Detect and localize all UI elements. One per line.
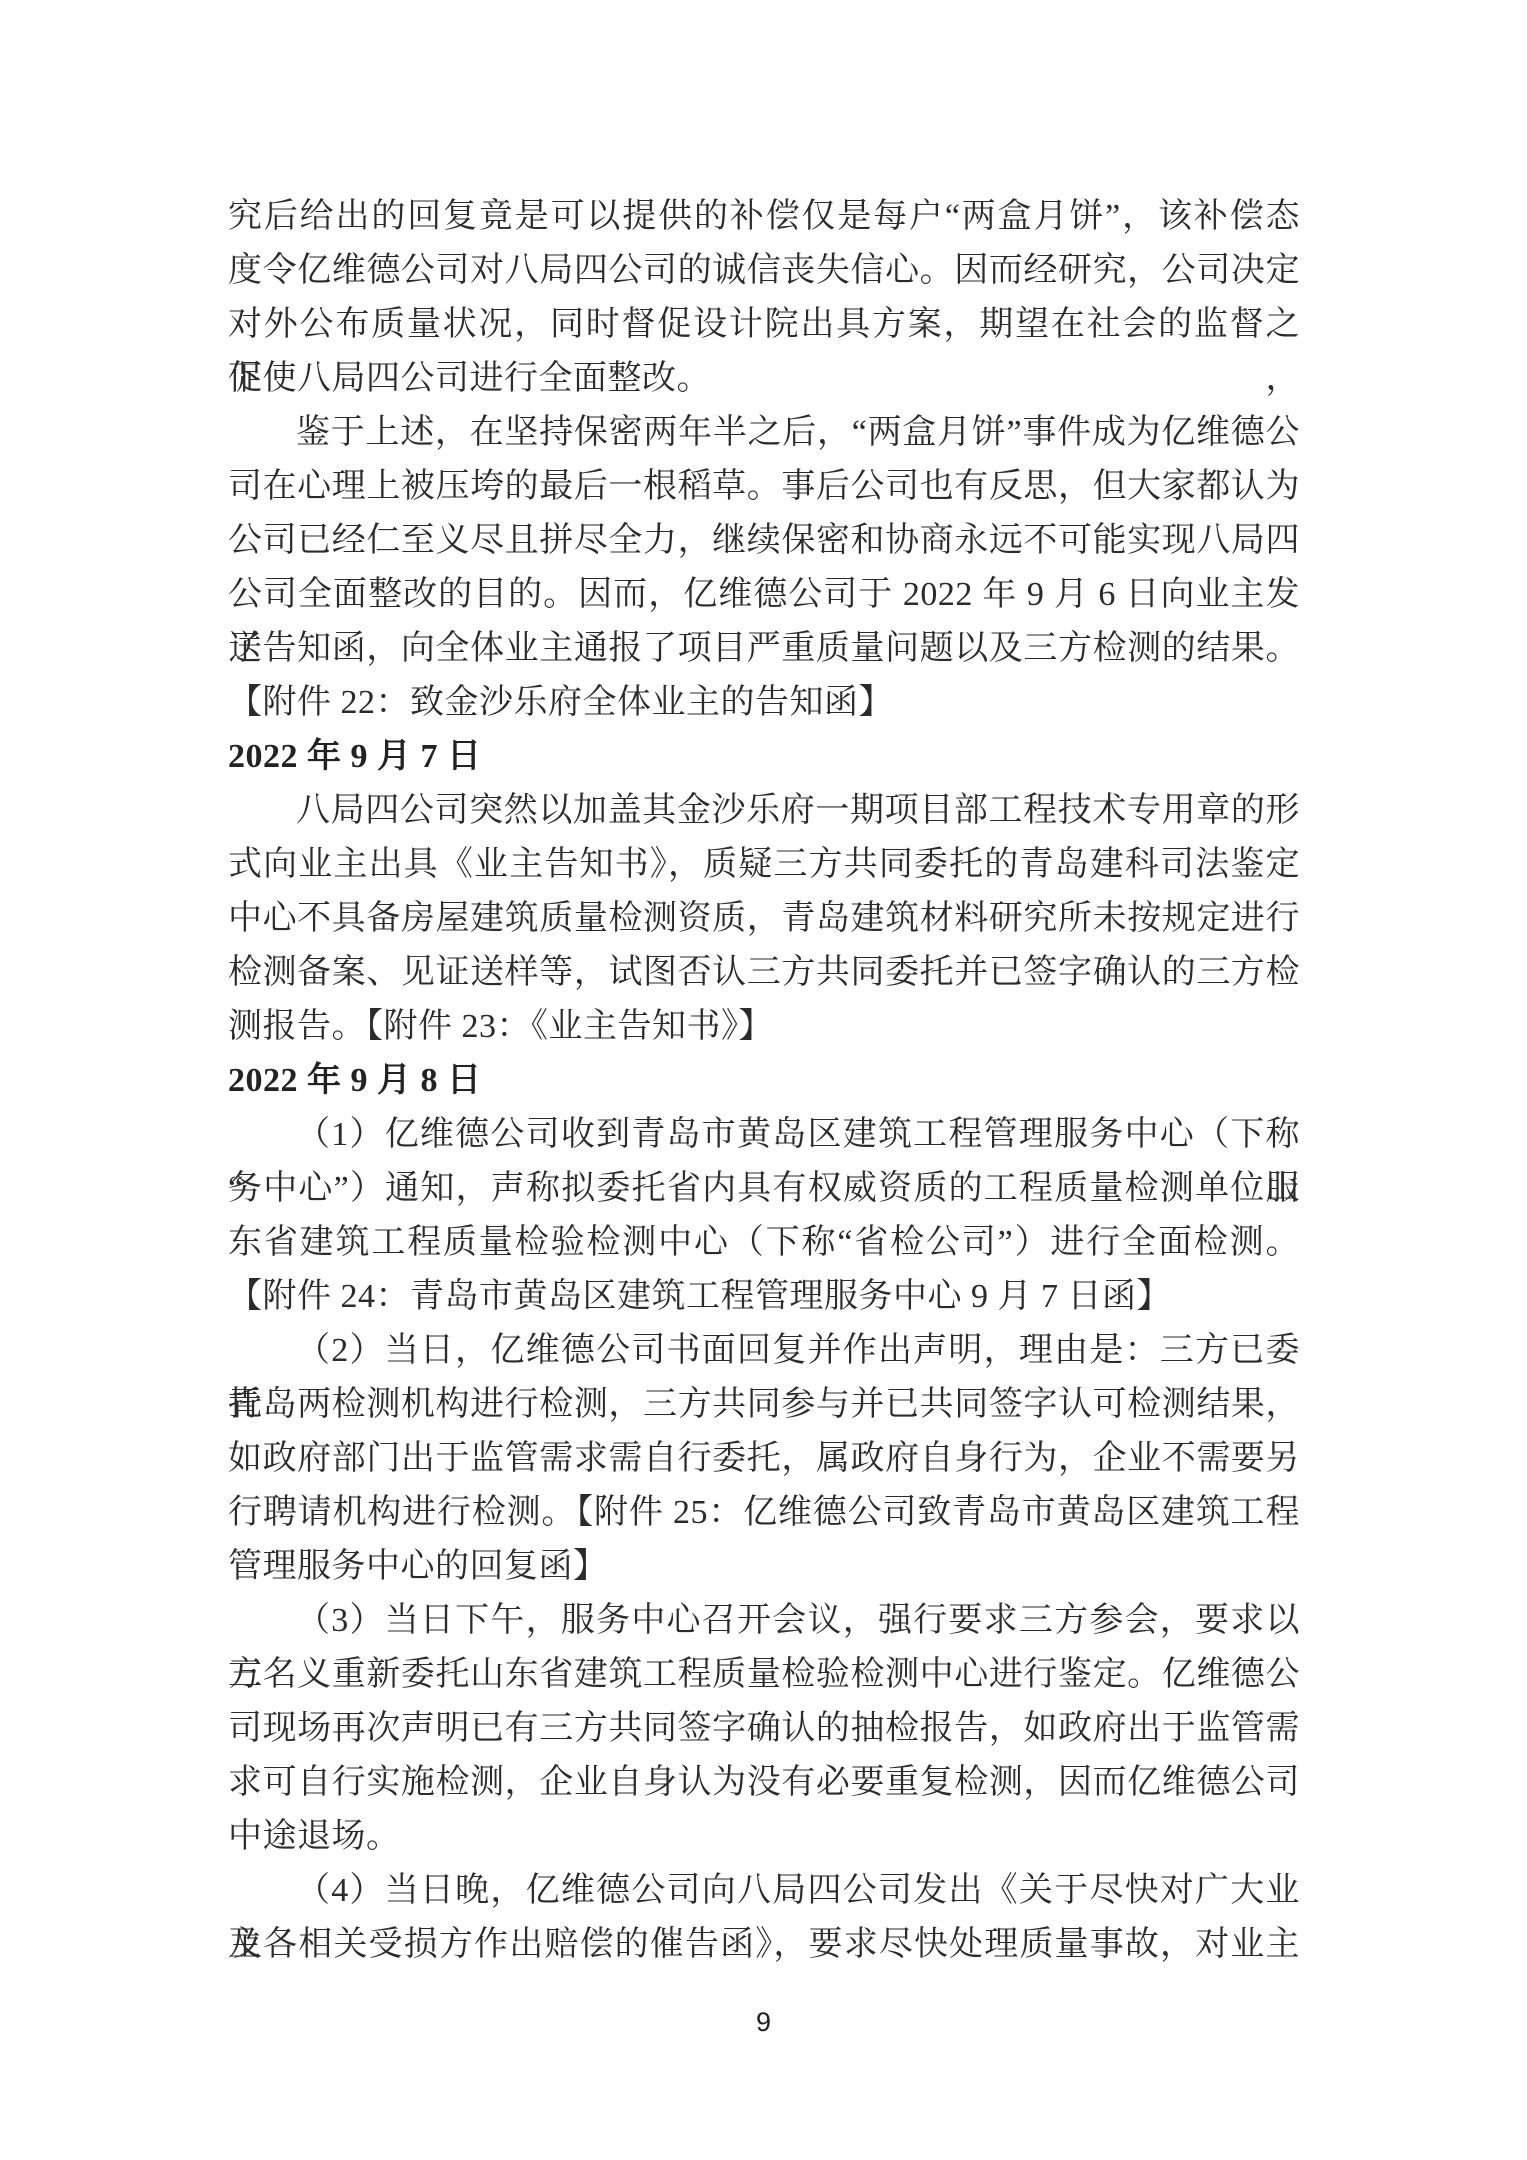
text-line: 【附件 24：青岛市黄岛区建筑工程管理服务中心 9 月 7 日函】 [228, 1270, 1300, 1324]
text-line: 青岛两检测机构进行检测，三方共同参与并已共同签字认可检测结果， [228, 1378, 1300, 1432]
text-line: （1）亿维德公司收到青岛市黄岛区建筑工程管理服务中心（下称“服 [228, 1108, 1300, 1162]
text-line: 了告知函，向全体业主通报了项目严重质量问题以及三方检测的结果。 [228, 622, 1300, 676]
date-heading: 2022 年 9 月 8 日 [228, 1054, 1300, 1108]
text-line: 对外公布质量状况，同时督促设计院出具方案，期望在社会的监督之下， [228, 298, 1300, 352]
text-line: 司在心理上被压垮的最后一根稻草。事后公司也有反思，但大家都认为 [228, 460, 1300, 514]
text-line: 务中心”）通知，声称拟委托省内具有权威资质的工程质量检测单位山 [228, 1162, 1300, 1216]
text-line: （4）当日晚，亿维德公司向八局四公司发出《关于尽快对广大业主 [228, 1864, 1300, 1918]
text-line: 测报告。【附件 23：《业主告知书》】 [228, 1000, 1300, 1054]
date-heading: 2022 年 9 月 7 日 [228, 730, 1300, 784]
text-line: 管理服务中心的回复函】 [228, 1540, 1300, 1594]
text-line: 及各相关受损方作出赔偿的催告函》，要求尽快处理质量事故，对业主 [228, 1918, 1300, 1972]
text-line: 行聘请机构进行检测。【附件 25：亿维德公司致青岛市黄岛区建筑工程 [228, 1486, 1300, 1540]
text-line: 公司全面整改的目的。因而，亿维德公司于 2022 年 9 月 6 日向业主发送 [228, 568, 1300, 622]
text-line: 方名义重新委托山东省建筑工程质量检验检测中心进行鉴定。亿维德公 [228, 1648, 1300, 1702]
text-line: 中心不具备房屋建筑质量检测资质，青岛建筑材料研究所未按规定进行 [228, 892, 1300, 946]
text-line: 鉴于上述，在坚持保密两年半之后，“两盒月饼”事件成为亿维德公 [228, 406, 1300, 460]
text-line: 公司已经仁至义尽且拼尽全力，继续保密和协商永远不可能实现八局四 [228, 514, 1300, 568]
document-page: 究后给出的回复竟是可以提供的补偿仅是每户“两盒月饼”，该补偿态度令亿维德公司对八… [0, 0, 1527, 2160]
text-line: 中途退场。 [228, 1810, 1300, 1864]
text-line: 司现场再次声明已有三方共同签字确认的抽检报告，如政府出于监管需 [228, 1702, 1300, 1756]
text-line: （3）当日下午，服务中心召开会议，强行要求三方参会，要求以三 [228, 1594, 1300, 1648]
text-line: 求可自行实施检测，企业自身认为没有必要重复检测，因而亿维德公司 [228, 1756, 1300, 1810]
text-line: 如政府部门出于监管需求需自行委托，属政府自身行为，企业不需要另 [228, 1432, 1300, 1486]
document-body: 究后给出的回复竟是可以提供的补偿仅是每户“两盒月饼”，该补偿态度令亿维德公司对八… [228, 190, 1300, 1972]
text-line: 究后给出的回复竟是可以提供的补偿仅是每户“两盒月饼”，该补偿态 [228, 190, 1300, 244]
text-line: 【附件 22：致金沙乐府全体业主的告知函】 [228, 676, 1300, 730]
text-line: 度令亿维德公司对八局四公司的诚信丧失信心。因而经研究，公司决定 [228, 244, 1300, 298]
page-number: 9 [0, 2002, 1527, 2042]
text-line: 检测备案、见证送样等，试图否认三方共同委托并已签字确认的三方检 [228, 946, 1300, 1000]
text-line: 东省建筑工程质量检验检测中心（下称“省检公司”）进行全面检测。 [228, 1216, 1300, 1270]
text-line: 八局四公司突然以加盖其金沙乐府一期项目部工程技术专用章的形 [228, 784, 1300, 838]
text-line: （2）当日，亿维德公司书面回复并作出声明，理由是：三方已委托 [228, 1324, 1300, 1378]
text-line: 式向业主出具《业主告知书》，质疑三方共同委托的青岛建科司法鉴定 [228, 838, 1300, 892]
